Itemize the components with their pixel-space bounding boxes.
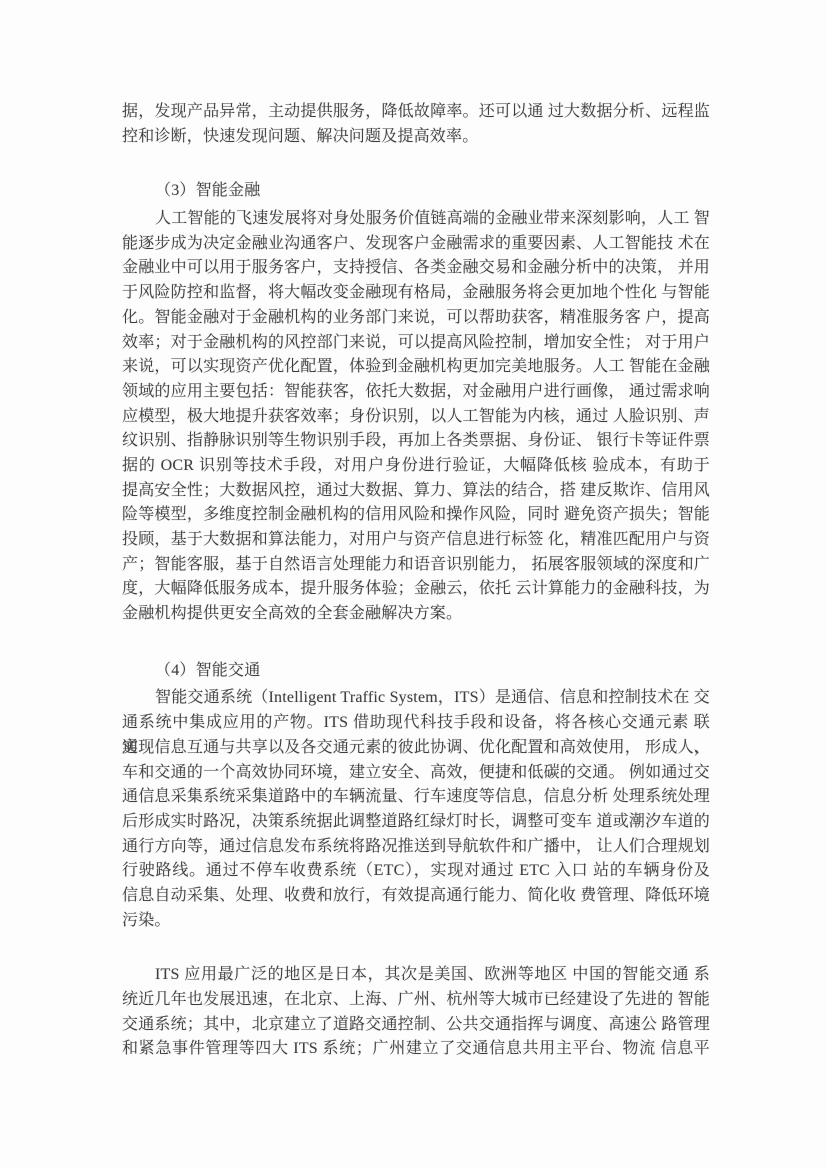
- heading-line: （4）智能交通: [122, 659, 710, 684]
- text-line: 交通系统；其中，北京建立了道路交通控制、公共交通指挥与调度、高速公 路管理: [122, 1013, 710, 1038]
- text-line: 来说，可以实现资产优化配置，体验到金融机构更加完美地服务。人工 智能在金融: [122, 355, 710, 380]
- text-line: 领域的应用主要包括：智能获客，依托大数据，对金融用户进行画像， 通过需求响: [122, 380, 710, 405]
- text-line: 实现信息互通与共享以及各交通元素的彼此协调、优化配置和高效使用， 形成人、: [122, 736, 710, 761]
- text-line: 据的 OCR 识别等技术手段，对用户身份进行验证，大幅降低核 验成本，有助于: [122, 454, 710, 479]
- text-line: 人工智能的飞速发展将对身处服务价值链高端的金融业带来深刻影响，人工 智: [122, 207, 710, 232]
- paragraph-smart-finance: 人工智能的飞速发展将对身处服务价值链高端的金融业带来深刻影响，人工 智能逐步成为…: [122, 207, 710, 627]
- paragraph-smart-transport: 智能交通系统（Intelligent Traffic System，ITS）是通…: [122, 686, 710, 933]
- text-line: 行驶路线。通过不停车收费系统（ETC），实现对通过 ETC 入口 站的车辆身份及: [122, 859, 710, 884]
- text-line: 于风险防控和监督，将大幅改变金融现有格局，金融服务将会更加地个性化 与智能: [122, 281, 710, 306]
- text-line: 应模型，极大地提升获客效率；身份识别，以人工智能为内核，通过 人脸识别、声: [122, 405, 710, 430]
- text-line: 控和诊断，快速发现问题、解决问题及提高效率。: [122, 125, 710, 150]
- text-line: ITS 应用最广泛的地区是日本，其次是美国、欧洲等地区 中国的智能交通 系: [122, 963, 710, 988]
- text-line: 提高安全性；大数据风控，通过大数据、算力、算法的结合，搭 建反欺诈、信用风: [122, 479, 710, 504]
- text-line: 统近几年也发展迅速，在北京、上海、广州、杭州等大城市已经建设了先进的 智能: [122, 988, 710, 1013]
- text-line: 险等模型，多维度控制金融机构的信用风险和操作风险，同时 避免资产损失；智能: [122, 503, 710, 528]
- text-line: 度，大幅降低服务成本，提升服务体验；金融云，依托 云计算能力的金融科技，为: [122, 577, 710, 602]
- heading-line: （3）智能金融: [122, 179, 710, 204]
- text-line: 和紧急事件管理等四大 ITS 系统；广州建立了交通信息共用主平台、物流 信息平: [122, 1037, 710, 1062]
- text-line: 效率；对于金融机构的风控部门来说，可以提高风险控制，增加安全性； 对于用户: [122, 331, 710, 356]
- text-line: 信息自动采集、处理、收费和放行，有效提高通行能力、简化收 费管理、降低环境: [122, 884, 710, 909]
- text-line: 投顾，基于大数据和算法能力，对用户与资产信息进行标签 化，精准匹配用户与资: [122, 528, 710, 553]
- heading-smart-transport: （4）智能交通: [122, 659, 710, 684]
- text-line: 通行方向等，通过信息发布系统将路况推送到导航软件和广播中， 让人们合理规划: [122, 835, 710, 860]
- text-line: 智能交通系统（Intelligent Traffic System，ITS）是通…: [122, 686, 710, 711]
- text-line: 污染。: [122, 909, 710, 934]
- text-line: 车和交通的一个高效协同环境，建立安全、高效，便捷和低碳的交通。 例如通过交: [122, 761, 710, 786]
- text-line: 金融业中可以用于服务客户，支持授信、各类金融交易和金融分析中的决策， 并用: [122, 256, 710, 281]
- text-line: 纹识别、指静脉识别等生物识别手段，再加上各类票据、身份证、 银行卡等证件票: [122, 429, 710, 454]
- paragraph-continuation: 据，发现产品异常，主动提供服务，降低故障率。还可以通 过大数据分析、远程监控和诊…: [122, 100, 710, 149]
- text-line: 后形成实时路况，决策系统据此调整道路红绿灯时长，调整可变车 道或潮汐车道的: [122, 810, 710, 835]
- heading-smart-finance: （3）智能金融: [122, 179, 710, 204]
- text-line: 通信息采集系统采集道路中的车辆流量、行车速度等信息，信息分析 处理系统处理: [122, 785, 710, 810]
- text-line: 通系统中集成应用的产物。ITS 借助现代科技手段和设备，将各核心交通元素 联通，: [122, 711, 710, 736]
- text-line: 化。智能金融对于金融机构的业务部门来说，可以帮助获客，精准服务客 户，提高: [122, 306, 710, 331]
- text-line: 产；智能客服，基于自然语言处理能力和语音识别能力， 拓展客服领域的深度和广: [122, 553, 710, 578]
- paragraph-its-regions: ITS 应用最广泛的地区是日本，其次是美国、欧洲等地区 中国的智能交通 系统近几…: [122, 963, 710, 1062]
- document-page: 据，发现产品异常，主动提供服务，降低故障率。还可以通 过大数据分析、远程监控和诊…: [0, 0, 827, 1169]
- text-line: 据，发现产品异常，主动提供服务，降低故障率。还可以通 过大数据分析、远程监: [122, 100, 710, 125]
- text-line: 金融机构提供更安全高效的全套金融解决方案。: [122, 602, 710, 627]
- text-line: 能逐步成为决定金融业沟通客户、发现客户金融需求的重要因素、人工智能技 术在: [122, 232, 710, 257]
